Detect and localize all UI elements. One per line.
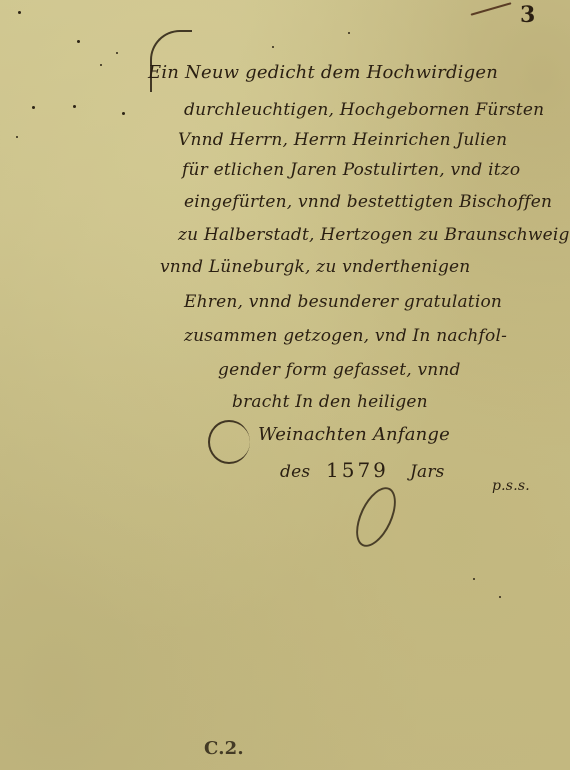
shelfmark: C.2. xyxy=(204,738,244,759)
paper-speck xyxy=(348,32,350,34)
text-line-7: vnnd Lüneburgk, zu vnderthenigen xyxy=(160,257,470,277)
paper-speck xyxy=(116,52,118,54)
text-line-8: Ehren, vnnd besunderer gratulation xyxy=(184,292,502,312)
paper-speck xyxy=(272,46,274,48)
text-line-4: für etlichen Jaren Postulirten, vnd itzo xyxy=(182,160,520,180)
text-line-11: bracht In den heiligen xyxy=(232,392,428,412)
text-line-1: Ein Neuw gedicht dem Hochwirdigen xyxy=(148,62,498,83)
year: 1579 xyxy=(326,458,389,482)
text-line-5: eingefürten, vnnd bestettigten Bischoffe… xyxy=(184,192,552,212)
paper-speck xyxy=(32,106,35,109)
paper-speck xyxy=(122,112,125,115)
text-line-2: durchleuchtigen, Hochgebornen Fürsten xyxy=(184,100,544,120)
text-line-6: zu Halberstadt, Hertzogen zu Braunschwei… xyxy=(178,225,570,245)
text-line-3: Vnnd Herrn, Herrn Heinrichen Julien xyxy=(178,130,507,150)
date-prefix: des xyxy=(280,462,310,482)
paper-speck xyxy=(77,40,80,43)
paper-speck xyxy=(16,136,18,138)
folio-number: 3 xyxy=(520,2,536,28)
paper-speck xyxy=(499,596,501,598)
closing-abbreviation: p.s.s. xyxy=(492,478,530,494)
w-flourish xyxy=(208,420,250,464)
paper-speck xyxy=(473,578,475,580)
paper-speck xyxy=(73,105,76,108)
text-line-10: gender form gefasset, vnnd xyxy=(218,360,461,380)
j-descender-loop xyxy=(348,481,404,553)
text-line-9: zusammen getzogen, vnd In nachfol- xyxy=(184,326,507,346)
folio-stroke xyxy=(471,2,512,15)
paper-speck xyxy=(100,64,102,66)
date-suffix: Jars xyxy=(410,462,445,482)
manuscript-page: 3 Ein Neuw gedicht dem Hochwirdigen durc… xyxy=(0,0,570,770)
text-line-12: Weinachten Anfange xyxy=(258,424,450,445)
paper-speck xyxy=(18,11,21,14)
